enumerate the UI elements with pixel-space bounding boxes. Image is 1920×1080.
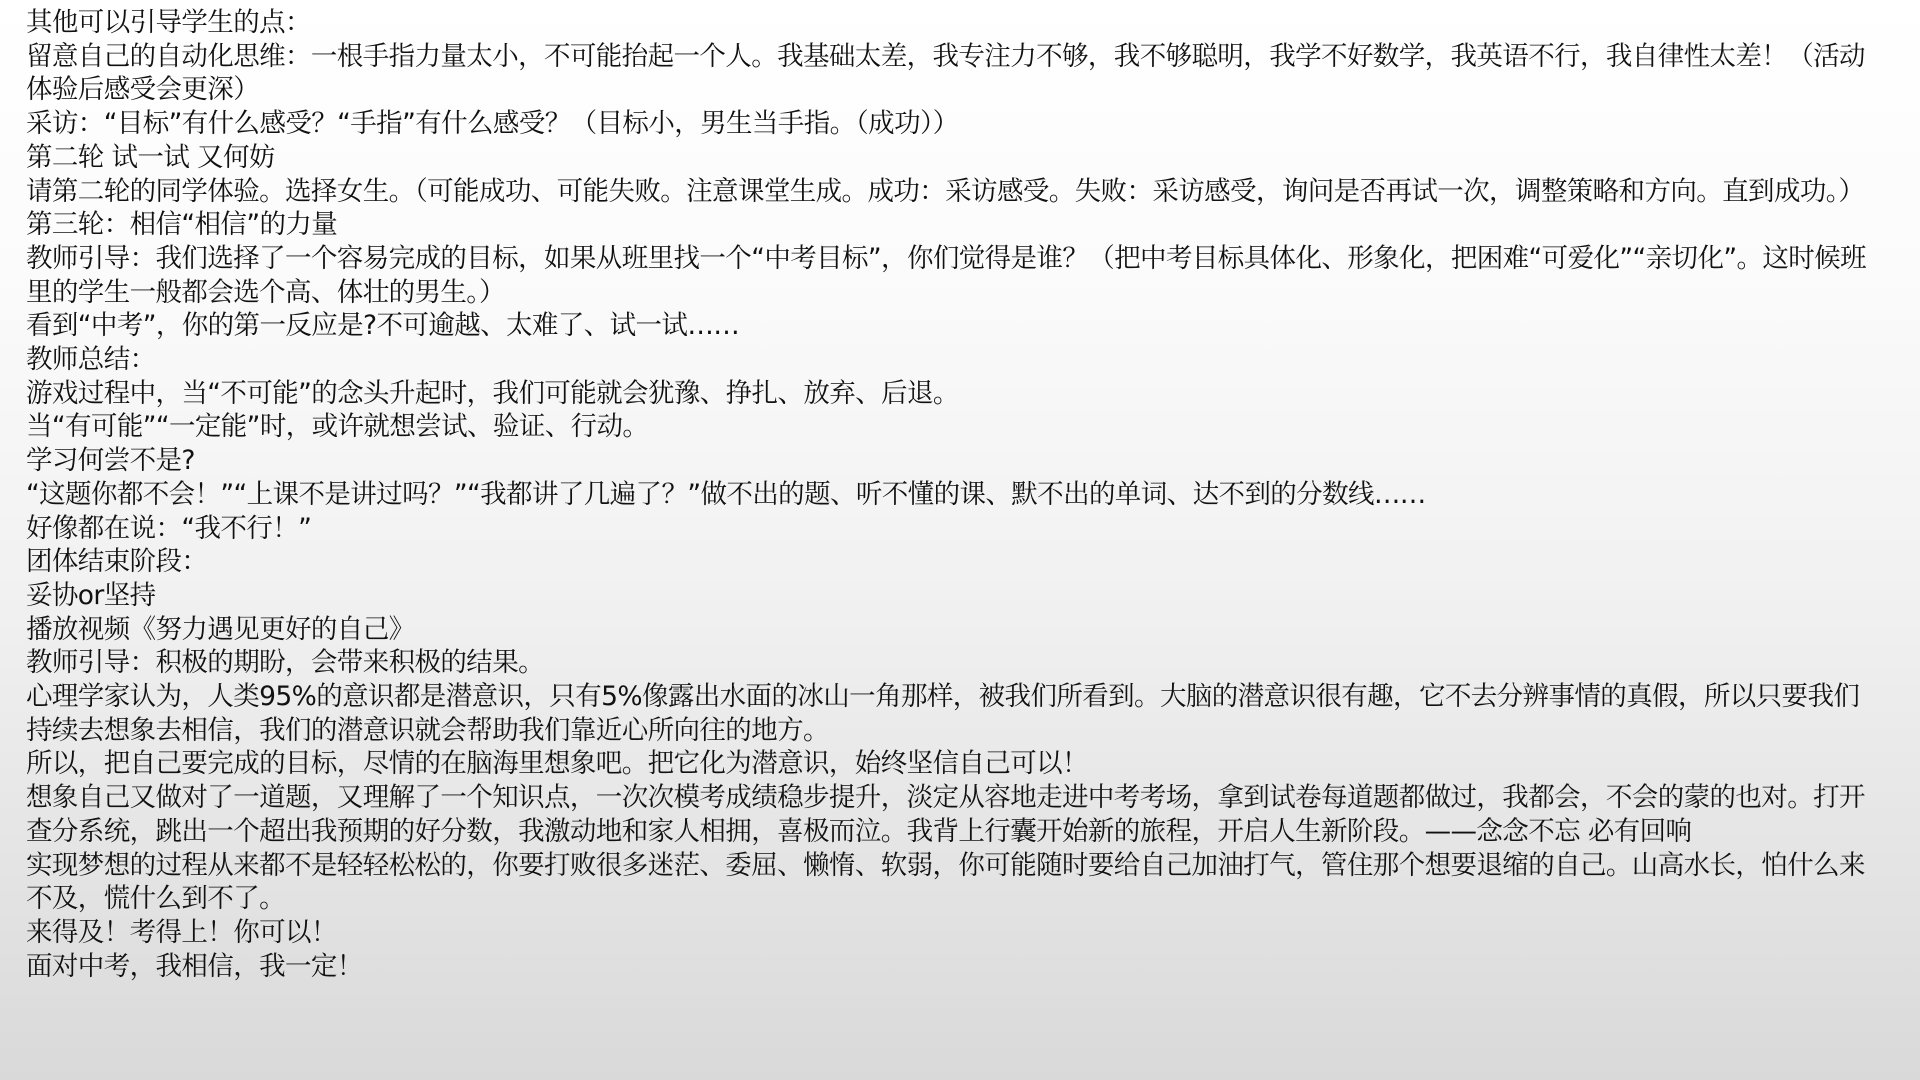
paragraph-i-believe: 面对中考，我相信，我一定！: [26, 950, 1876, 984]
paragraph-first-reaction: 看到“中考”，你的第一反应是?不可逾越、太难了、试一试……: [26, 309, 1876, 343]
paragraph-compromise-or-persist: 妥协or坚持: [26, 579, 1876, 613]
heading-round-three: 第三轮：相信“相信”的力量: [26, 208, 1876, 242]
paragraph-i-cannot: 好像都在说：“我不行！”: [26, 512, 1876, 546]
paragraph-game-process: 游戏过程中，当“不可能”的念头升起时，我们可能就会犹豫、挣扎、放弃、后退。: [26, 377, 1876, 411]
heading-other-points: 其他可以引导学生的点：: [26, 6, 1876, 40]
paragraph-play-video: 播放视频《努力遇见更好的自己》: [26, 613, 1876, 647]
slide-text-body: 其他可以引导学生的点： 留意自己的自动化思维：一根手指力量太小，不可能抬起一个人…: [26, 6, 1876, 983]
paragraph-teacher-guide: 教师引导：我们选择了一个容易完成的目标，如果从班里找一个“中考目标”，你们觉得是…: [26, 242, 1876, 309]
heading-round-two: 第二轮 试一试 又何妨: [26, 141, 1876, 175]
paragraph-quotes: “这题你都不会！”“上课不是讲过吗？”“我都讲了几遍了？”做不出的题、听不懂的课…: [26, 478, 1876, 512]
paragraph-subconscious: 心理学家认为，人类95%的意识都是潜意识，只有5%像露出水面的冰山一角那样，被我…: [26, 680, 1876, 747]
paragraph-dream-process: 实现梦想的过程从来都不是轻轻松松的，你要打败很多迷茫、委屈、懒惰、软弱，你可能随…: [26, 849, 1876, 916]
paragraph-possible: 当“有可能”“一定能”时，或许就想尝试、验证、行动。: [26, 410, 1876, 444]
paragraph-positive-expectation: 教师引导：积极的期盼，会带来积极的结果。: [26, 646, 1876, 680]
paragraph-automatic-thoughts: 留意自己的自动化思维：一根手指力量太小，不可能抬起一个人。我基础太差，我专注力不…: [26, 40, 1876, 107]
paragraph-imagine-success: 想象自己又做对了一道题，又理解了一个知识点，一次次模考成绩稳步提升，淡定从容地走…: [26, 781, 1876, 848]
heading-group-end: 团体结束阶段：: [26, 545, 1876, 579]
heading-teacher-summary: 教师总结：: [26, 343, 1876, 377]
paragraph-you-can: 来得及！考得上！你可以！: [26, 916, 1876, 950]
paragraph-learning-question: 学习何尝不是?: [26, 444, 1876, 478]
paragraph-interview: 采访：“目标”有什么感受？“手指”有什么感受？（目标小，男生当手指。（成功））: [26, 107, 1876, 141]
paragraph-round-two: 请第二轮的同学体验。选择女生。（可能成功、可能失败。注意课堂生成。成功：采访感受…: [26, 175, 1876, 209]
paragraph-imagine-goal: 所以，把自己要完成的目标，尽情的在脑海里想象吧。把它化为潜意识，始终坚信自己可以…: [26, 747, 1876, 781]
